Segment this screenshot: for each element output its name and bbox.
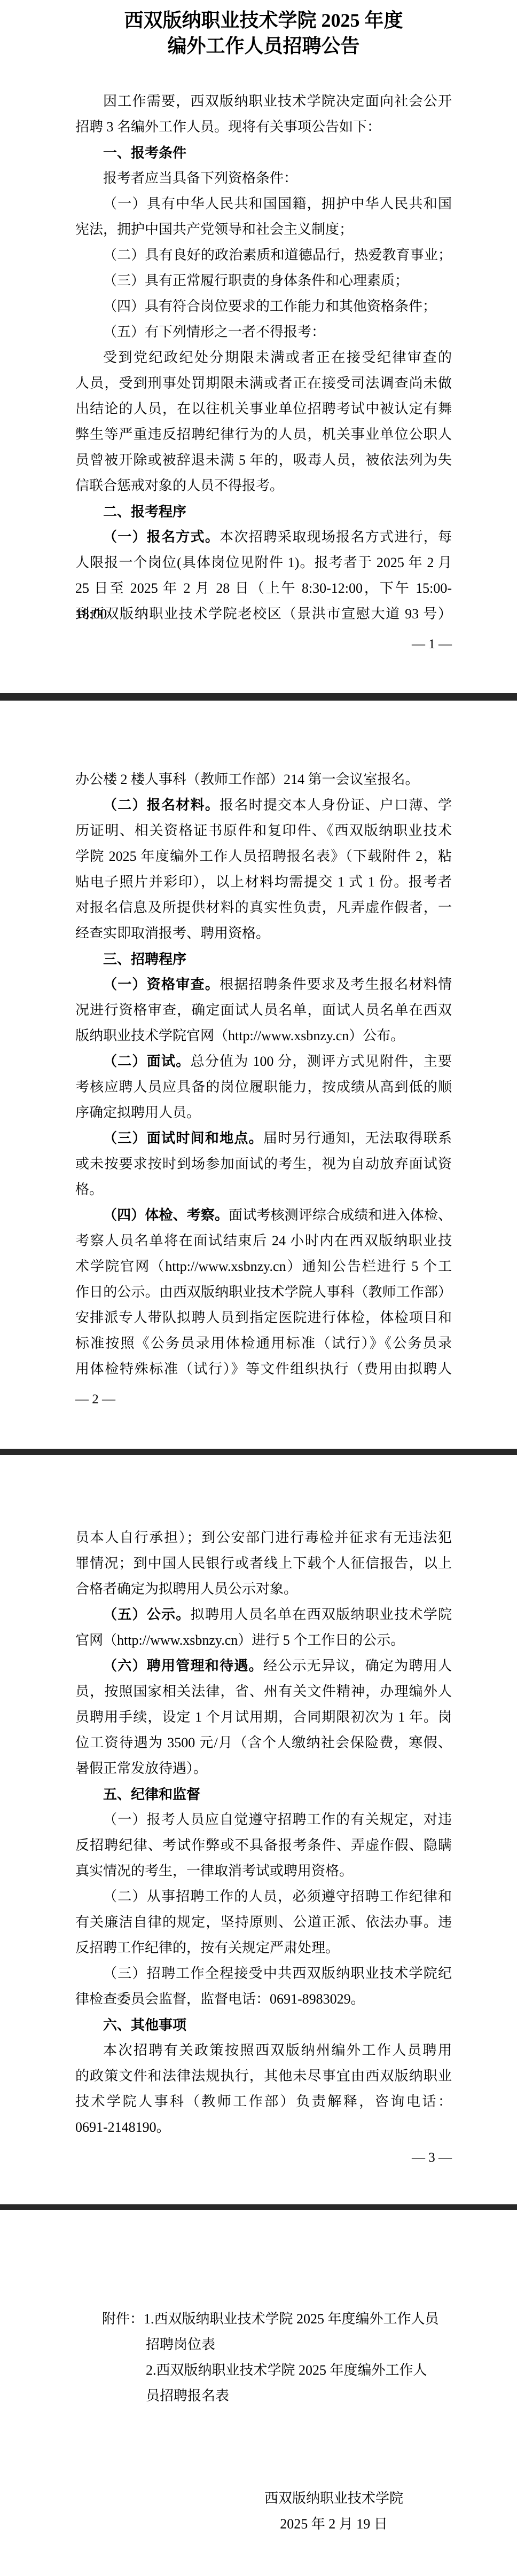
text-line: 或未按要求按时到场参加面试的考生，视为自动放弃面试资 — [75, 1151, 452, 1177]
text-line: 受到党纪政纪处分期限未满或者正在接受纪律审查的 — [75, 345, 452, 371]
page-2: 办公楼 2 楼人事科（教师工作部）214 第一会议室报名。（二）报名材料。报名时… — [0, 701, 517, 1449]
text-line: 员聘用手续，设定 1 个月试用期，合同期限初次为 1 年。岗 — [75, 1705, 452, 1730]
text-line: 暑假正常发放待遇）。 — [75, 1756, 452, 1781]
bold-run: （五）公示。 — [103, 1607, 191, 1622]
bold-run: （二）面试。 — [103, 1054, 191, 1069]
page-separator — [0, 2204, 517, 2210]
text-line: 有关廉洁自律的规定，坚持原则、公道正派、依法办事。违 — [75, 1910, 452, 1935]
text-line: 员本人自行承担）；到公安部门进行毒检并征求有无违法犯 — [75, 1525, 452, 1551]
page-3-body: 员本人自行承担）；到公安部门进行毒检并征求有无违法犯罪情况；到中国人民银行或者线… — [75, 1525, 452, 2140]
text-line: 25 日至 2025 年 2 月 28 日（上午 8:30-12:00，下午 1… — [75, 576, 452, 601]
text-line: （一）报名方式。本次招聘采取现场报名方式进行，每 — [75, 524, 452, 550]
text-line: （二）具有良好的政治素质和道德品行，热爱教育事业； — [75, 242, 452, 268]
text-line: 报考者应当具备下列资格条件： — [75, 166, 452, 191]
bold-run: （三）面试时间和地点。 — [103, 1130, 263, 1146]
text-line: 到西双版纳职业技术学院老校区（景洪市宣慰大道 93 号） — [75, 601, 452, 627]
text-line: 人限报一个岗位(具体岗位见附件 1)。报考者于 2025 年 2 月 — [75, 550, 452, 576]
text-line: 的政策文件和法律法规执行，其他未尽事宜由西双版纳职业 — [75, 2063, 452, 2089]
attachments-list: 附件：1.西双版纳职业技术学院 2025 年度编外工作人员招聘岗位表2.西双版纳… — [75, 2306, 452, 2409]
text-line: 合格者确定为拟聘用人员公示对象。 — [75, 1576, 452, 1602]
text-line: 员招聘报名表 — [75, 2383, 452, 2409]
text-line: （四）具有符合岗位要求的工作能力和其他资格条件； — [75, 294, 452, 319]
text-line: 罪情况；到中国人民银行或者线上下载个人征信报告，以上 — [75, 1551, 452, 1576]
page-separator — [0, 693, 517, 701]
text-line: 标准按照《公务员录用体检通用标准（试行）》《公务员录 — [75, 1331, 452, 1356]
page-number: — 2 — — [75, 1392, 452, 1408]
text-line: 用体检特殊标准（试行）》等文件组织执行（费用由拟聘人 — [75, 1356, 452, 1382]
bold-run: （一）报名方式。 — [103, 529, 220, 545]
signature-date: 2025 年 2 月 19 日 — [261, 2511, 406, 2537]
text-line: 一、报考条件 — [75, 140, 452, 166]
text-line: （一）具有中华人民共和国国籍，拥护中华人民共和国 — [75, 191, 452, 217]
text-line: 办公楼 2 楼人事科（教师工作部）214 第一会议室报名。 — [75, 767, 452, 792]
text-line: 历证明、相关资格证书原件和复印件、《西双版纳职业技术 — [75, 818, 452, 844]
document-title-line-1: 西双版纳职业技术学院 2025 年度 — [75, 7, 452, 33]
text-line: 出结论的人员，在以往机关事业单位招聘考试中被认定有舞 — [75, 396, 452, 422]
page-3: 员本人自行承担）；到公安部门进行毒检并征求有无违法犯罪情况；到中国人民银行或者线… — [0, 1456, 517, 2204]
text-line: 术学院官网（http://www.xsbnzy.cn）通知公告栏进行 5 个工 — [75, 1254, 452, 1279]
page-4: 附件：1.西双版纳职业技术学院 2025 年度编外工作人员招聘岗位表2.西双版纳… — [0, 2211, 517, 2576]
text-line: 律检查委员会监督，监督电话：0691-8983029。 — [75, 1986, 452, 2012]
text-line: 弊生等严重违反招聘纪律行为的人员，机关事业单位公职人 — [75, 422, 452, 447]
text-line: 信联合惩戒对象的人员不得报考。 — [75, 473, 452, 499]
signature-block: 西双版纳职业技术学院 2025 年 2 月 19 日 — [261, 2486, 406, 2537]
page-1: 西双版纳职业技术学院 2025 年度 编外工作人员招聘公告 因工作需要，西双版纳… — [0, 0, 517, 693]
text-line: 版纳职业技术学院官网（http://www.xsbnzy.cn）公布。 — [75, 1023, 452, 1049]
text-line: 因工作需要，西双版纳职业技术学院决定面向社会公开 — [75, 89, 452, 114]
text-line: 六、其他事项 — [75, 2012, 452, 2038]
page-2-body: 办公楼 2 楼人事科（教师工作部）214 第一会议室报名。（二）报名材料。报名时… — [75, 767, 452, 1382]
page-separator — [0, 1449, 517, 1455]
page-number: — 1 — — [75, 637, 452, 653]
text-line: 附件：1.西双版纳职业技术学院 2025 年度编外工作人员 — [75, 2306, 452, 2332]
text-line: （二）从事招聘工作的人员，必须遵守招聘工作纪律和 — [75, 1884, 452, 1910]
text-line: （五）有下列情形之一者不得报考： — [75, 319, 452, 345]
text-line: 真实情况的考生，一律取消考试或聘用资格。 — [75, 1858, 452, 1884]
text-line: 技术学院人事科（教师工作部）负责解释，咨询电话： — [75, 2089, 452, 2115]
text-line: 人员，受到刑事处罚期限未满或者正在接受司法调查尚未做 — [75, 371, 452, 396]
text-line: 贴电子照片并彩印），以上材料均需提交 1 式 1 份。报考者 — [75, 869, 452, 895]
text-line: 考察人员名单将在面试结束后 24 小时内在西双版纳职业技 — [75, 1228, 452, 1254]
text-line: 三、招聘程序 — [75, 946, 452, 972]
text-line: 学院 2025 年度编外工作人员招聘报名表》（下载附件 2，粘 — [75, 844, 452, 869]
document-title: 西双版纳职业技术学院 2025 年度 编外工作人员招聘公告 — [75, 7, 452, 59]
text-line: （二）面试。总分值为 100 分，测评方式见附件，主要 — [75, 1049, 452, 1074]
text-line: （二）报名材料。报名时提交本人身份证、户口薄、学 — [75, 792, 452, 818]
text-line: 格。 — [75, 1177, 452, 1203]
text-line: 二、报考程序 — [75, 499, 452, 524]
text-line: 对报名信息及所提供材料的真实性负责，凡弄虚作假者，一 — [75, 895, 452, 921]
text-line: 反招聘工作纪律的，按有关规定严肃处理。 — [75, 1935, 452, 1961]
bold-run: （一）资格审查。 — [103, 977, 220, 992]
page-number: — 3 — — [75, 2150, 452, 2166]
text-line: 本次招聘有关政策按照西双版纳州编外工作人员聘用 — [75, 2038, 452, 2063]
text-line: 考核应聘人员应具备的岗位履职能力，按成绩从高到低的顺 — [75, 1074, 452, 1100]
text-line: （三）面试时间和地点。届时另行通知，无法取得联系 — [75, 1126, 452, 1151]
text-line: 经查实即取消报考、聘用资格。 — [75, 921, 452, 946]
document-viewer: 西双版纳职业技术学院 2025 年度 编外工作人员招聘公告 因工作需要，西双版纳… — [0, 0, 517, 2576]
text-line: （一）资格审查。根据招聘条件要求及考生报名材料情 — [75, 972, 452, 998]
text-line: 招聘岗位表 — [75, 2332, 452, 2358]
text-line: 反招聘纪律、考试作弊或不具备报考条件、弄虚作假、隐瞒 — [75, 1833, 452, 1858]
bold-run: （六）聘用管理和待遇。 — [103, 1658, 263, 1674]
text-line: （三）具有正常履行职责的身体条件和心理素质； — [75, 268, 452, 294]
text-line: （三）招聘工作全程接受中共西双版纳职业技术学院纪 — [75, 1961, 452, 1986]
text-line: （一）报考人员应自觉遵守招聘工作的有关规定，对违 — [75, 1807, 452, 1833]
text-line: 官网（http://www.xsbnzy.cn）进行 5 个工作日的公示。 — [75, 1628, 452, 1653]
text-line: （六）聘用管理和待遇。经公示无异议，确定为聘用人 — [75, 1653, 452, 1679]
text-line: 安排派专人带队拟聘人员到指定医院进行体检，体检项目和 — [75, 1305, 452, 1331]
text-line: 五、纪律和监督 — [75, 1781, 452, 1807]
text-line: 员，按照国家相关法律，省、州有关文件精神，办理编外人 — [75, 1679, 452, 1705]
page-1-body: 因工作需要，西双版纳职业技术学院决定面向社会公开招聘 3 名编外工作人员。现将有… — [75, 89, 452, 627]
text-line: 况进行资格审查，确定面试人员名单，面试人员名单在西双 — [75, 998, 452, 1023]
signature-org: 西双版纳职业技术学院 — [261, 2486, 406, 2511]
document-title-line-2: 编外工作人员招聘公告 — [75, 33, 452, 59]
text-line: 0691-2148190。 — [75, 2115, 452, 2140]
bold-run: （二）报名材料。 — [103, 797, 220, 813]
text-line: （五）公示。拟聘用人员名单在西双版纳职业技术学院 — [75, 1602, 452, 1628]
bold-run: （四）体检、考察。 — [103, 1207, 229, 1223]
text-line: 2.西双版纳职业技术学院 2025 年度编外工作人 — [75, 2358, 452, 2383]
text-line: 宪法，拥护中国共产党领导和社会主义制度； — [75, 217, 452, 242]
text-line: 作日的公示。由西双版纳职业技术学院人事科（教师工作部） — [75, 1279, 452, 1305]
text-line: 序确定拟聘用人员。 — [75, 1100, 452, 1126]
text-line: （四）体检、考察。面试考核测评综合成绩和进入体检、 — [75, 1203, 452, 1228]
text-line: 员曾被开除或被辞退未满 5 年的，吸毒人员，被依法列为失 — [75, 447, 452, 473]
text-line: 位工资待遇为 3500 元/月（含个人缴纳社会保险费，寒假、 — [75, 1730, 452, 1756]
text-line: 招聘 3 名编外工作人员。现将有关事项公告如下： — [75, 114, 452, 140]
